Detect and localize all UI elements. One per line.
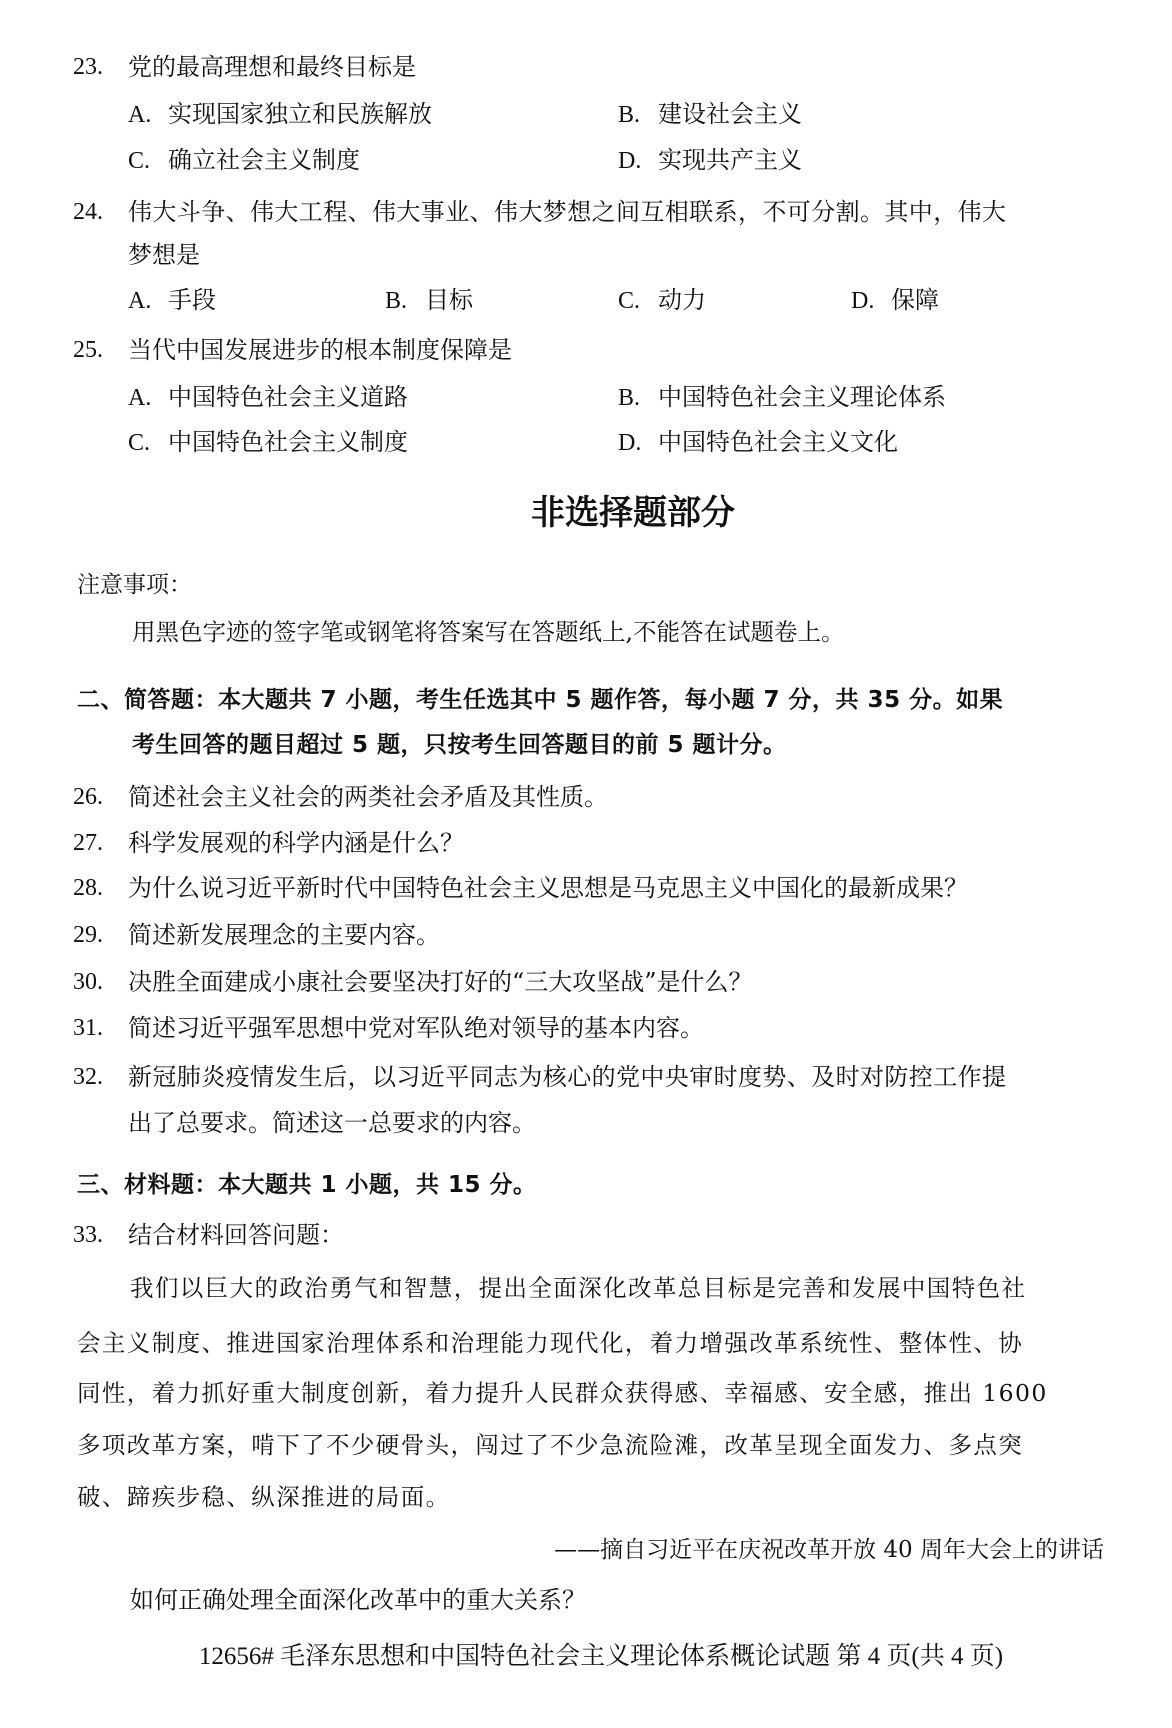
page-footer: 12656# 毛泽东思想和中国特色社会主义理论体系概论试题 第 4 页(共 4 … xyxy=(0,1641,1172,1673)
part-title: 非选择题部分 xyxy=(0,493,1172,533)
question-number: 31. xyxy=(73,1013,103,1043)
question-number: 30. xyxy=(73,967,103,997)
notice-text: 用黑色字迹的签字笔或钢笔将答案写在答题纸上,不能答在试题卷上。 xyxy=(132,617,844,647)
option-a: A.中国特色社会主义道路 xyxy=(128,382,408,412)
material-line-3: 同性，着力抓好重大制度创新，着力提升人民群众获得感、幸福感、安全感，推出 160… xyxy=(77,1378,1048,1408)
question-text-line-1: 新冠肺炎疫情发生后，以习近平同志为核心的党中央审时度势、及时对防控工作提 xyxy=(128,1062,1006,1092)
question-text: 简述习近平强军思想中党对军队绝对领导的基本内容。 xyxy=(128,1013,704,1043)
question-stem: 党的最高理想和最终目标是 xyxy=(128,52,416,82)
option-c: C.中国特色社会主义制度 xyxy=(128,427,408,457)
option-b: B.中国特色社会主义理论体系 xyxy=(618,382,946,412)
question-number: 29. xyxy=(73,920,103,950)
notice-title: 注意事项： xyxy=(77,570,192,600)
question-number: 25. xyxy=(73,335,103,365)
material-attribution: ——摘自习近平在庆祝改革开放 40 周年大会上的讲话 xyxy=(554,1535,1104,1565)
material-line-4: 多项改革方案，啃下了不少硬骨头，闯过了不少急流险滩，改革呈现全面发力、多点突 xyxy=(77,1430,1023,1460)
question-text: 简述社会主义社会的两类社会矛盾及其性质。 xyxy=(128,782,608,812)
question-number: 27. xyxy=(73,828,103,858)
question-text: 简述新发展理念的主要内容。 xyxy=(128,920,440,950)
question-stem-line-1: 伟大斗争、伟大工程、伟大事业、伟大梦想之间互相联系，不可分割。其中，伟大 xyxy=(128,197,1006,227)
question-stem-line-2: 梦想是 xyxy=(128,240,200,270)
question-number: 28. xyxy=(73,873,103,903)
section-2-header-line-2: 考生回答的题目超过 5 题，只按考生回答题目的前 5 题计分。 xyxy=(132,730,787,760)
material-line-2: 会主义制度、推进国家治理体系和治理能力现代化，着力增强改革系统性、整体性、协 xyxy=(77,1328,1023,1358)
question-text: 为什么说习近平新时代中国特色社会主义思想是马克思主义中国化的最新成果？ xyxy=(128,873,968,903)
question-stem: 当代中国发展进步的根本制度保障是 xyxy=(128,335,512,365)
question-number: 33. xyxy=(73,1220,103,1250)
question-text: 决胜全面建成小康社会要坚决打好的“三大攻坚战”是什么？ xyxy=(128,967,753,997)
option-b: B.目标 xyxy=(385,285,473,315)
option-c: C.动力 xyxy=(618,285,706,315)
section-2-header-line-1: 二、简答题：本大题共 7 小题，考生任选其中 5 题作答，每小题 7 分，共 3… xyxy=(77,685,1003,715)
section-3-header: 三、材料题：本大题共 1 小题，共 15 分。 xyxy=(77,1170,537,1200)
option-c: C.确立社会主义制度 xyxy=(128,145,360,175)
option-a: A.实现国家独立和民族解放 xyxy=(128,99,432,129)
question-number: 32. xyxy=(73,1062,103,1092)
material-line-5: 破、蹄疾步稳、纵深推进的局面。 xyxy=(77,1482,451,1512)
material-line-1: 我们以巨大的政治勇气和智慧，提出全面深化改革总目标是完善和发展中国特色社 xyxy=(130,1273,1026,1303)
question-text-line-2: 出了总要求。简述这一总要求的内容。 xyxy=(128,1108,536,1138)
option-a: A.手段 xyxy=(128,285,216,315)
option-d: D.中国特色社会主义文化 xyxy=(618,427,898,457)
question-number: 23. xyxy=(73,52,103,82)
question-33-intro: 结合材料回答问题： xyxy=(128,1220,344,1250)
question-number: 24. xyxy=(73,197,103,227)
question-33-prompt: 如何正确处理全面深化改革中的重大关系？ xyxy=(130,1585,586,1615)
option-d: D.实现共产主义 xyxy=(618,145,802,175)
question-number: 26. xyxy=(73,782,103,812)
question-text: 科学发展观的科学内涵是什么？ xyxy=(128,828,464,858)
option-b: B.建设社会主义 xyxy=(618,99,802,129)
option-d: D.保障 xyxy=(851,285,939,315)
